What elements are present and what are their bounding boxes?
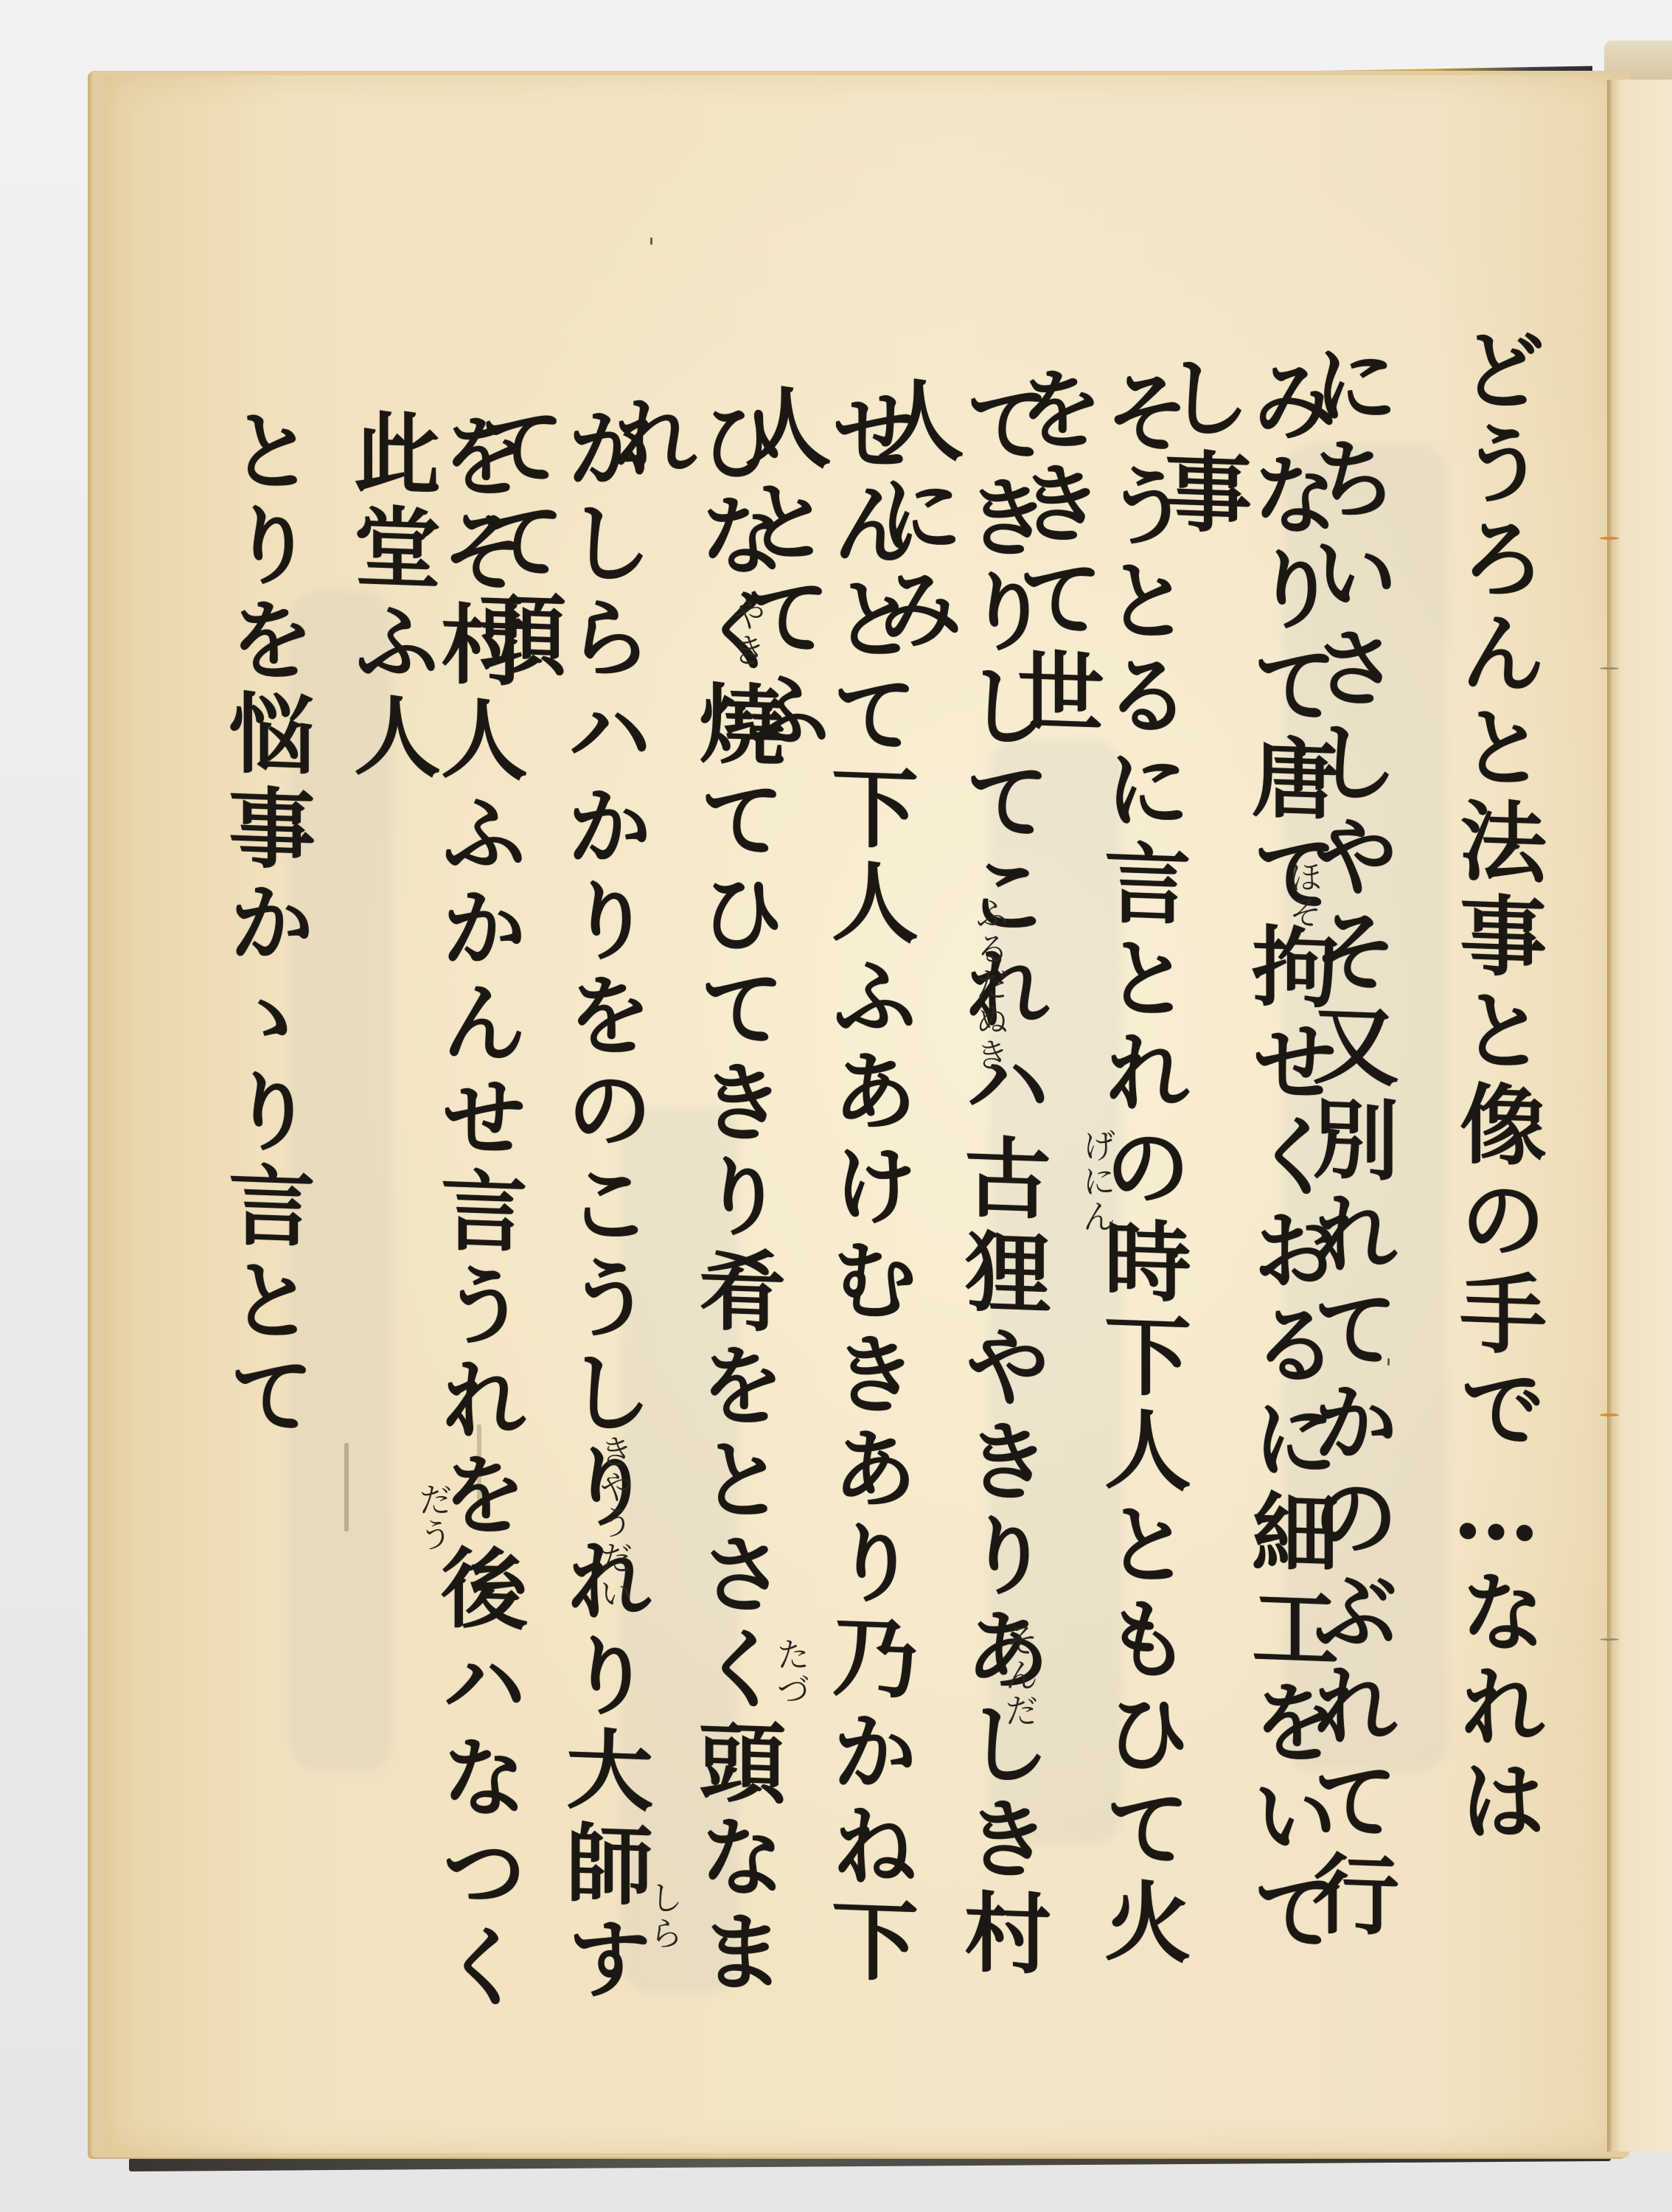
text-column-10: とりを悩事かゝり言とて bbox=[221, 404, 308, 1445]
binding-crease bbox=[1607, 80, 1613, 2152]
binding-stitch bbox=[1600, 1638, 1619, 1641]
furigana: たづ bbox=[774, 1637, 808, 1708]
furigana: しら bbox=[647, 1880, 681, 1951]
furigana: そんだ bbox=[1003, 1622, 1037, 1728]
paper-speck bbox=[650, 237, 652, 245]
furigana: げにん bbox=[1080, 1128, 1114, 1234]
furigana: ほそ bbox=[1286, 859, 1320, 930]
book-photograph: どうろんと法事と像の手で…なれは にちいさしやそ又別れてかのぶれて行 みなりて唐… bbox=[0, 0, 1672, 2212]
furigana: ふるだぬき bbox=[973, 896, 1007, 1073]
text-column-1: どうろんと法事と像の手で…なれは bbox=[1452, 323, 1539, 1851]
adjacent-leaf bbox=[1609, 80, 1672, 2152]
text-column-9: をそ村人ふかんせ言うれを後ハなつく此堂ふ人 bbox=[346, 406, 520, 2023]
furigana: やき bbox=[730, 597, 764, 668]
binding-stitch bbox=[1600, 1413, 1619, 1416]
furigana: だう bbox=[417, 1482, 450, 1553]
binding-stitch bbox=[1600, 537, 1619, 540]
furigana: きやうだい bbox=[597, 1434, 631, 1611]
text-columns: どうろんと法事と像の手で…なれは にちいさしやそ又別れてかのぶれて行 みなりて唐… bbox=[243, 324, 1585, 2020]
binding-stitch bbox=[1600, 667, 1619, 669]
